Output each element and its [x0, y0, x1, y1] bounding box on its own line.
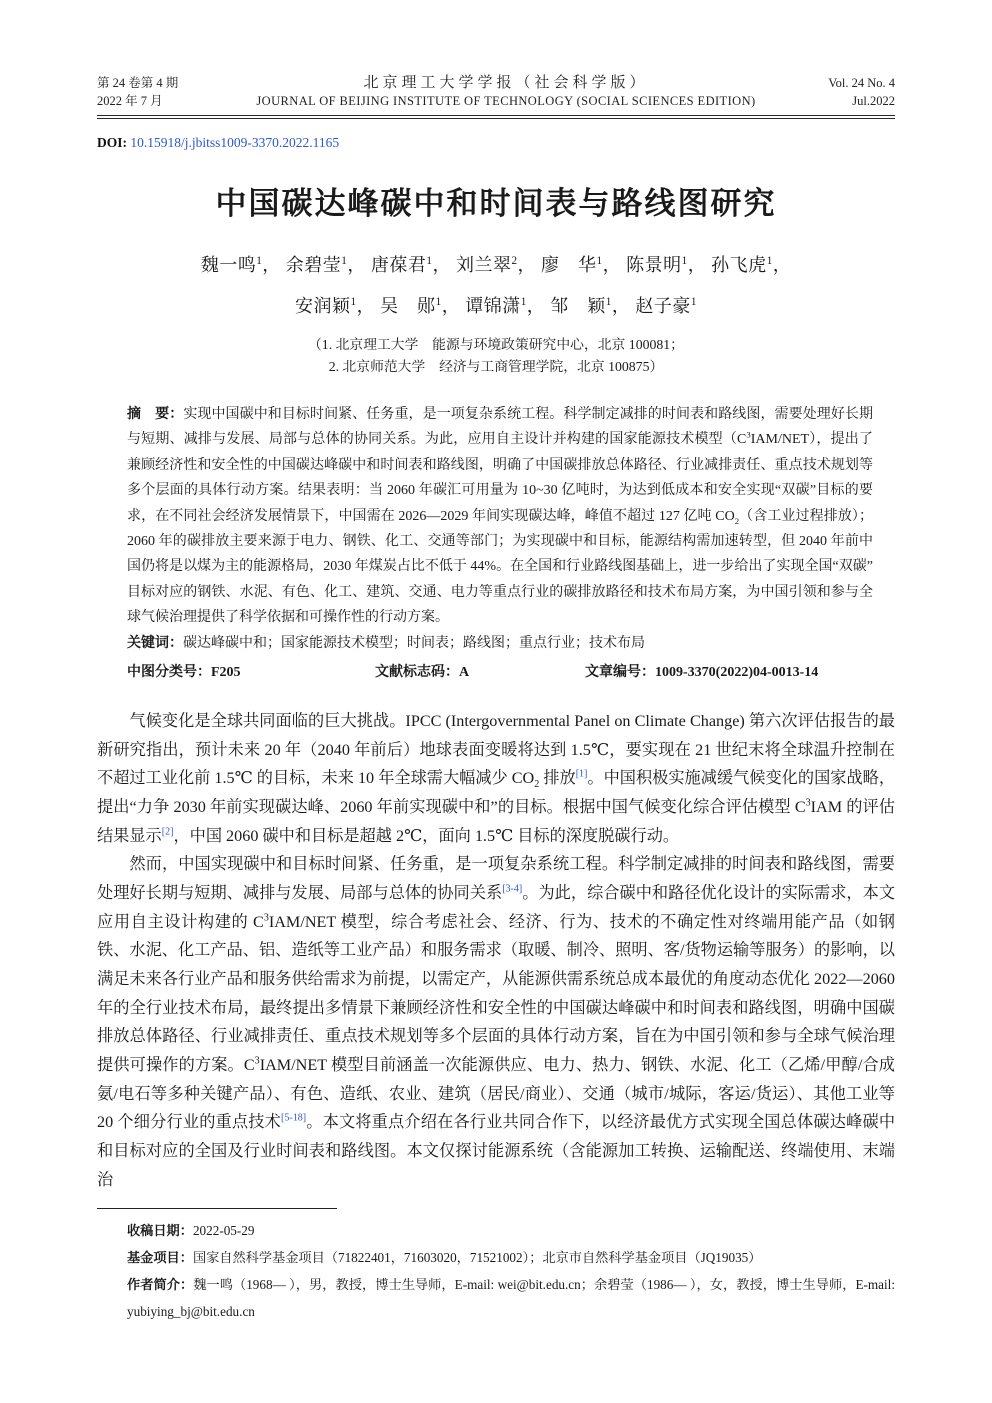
issue-number-cn: 第 24 卷第 4 期	[97, 74, 227, 92]
text-run: 魏一鸣	[201, 255, 257, 275]
footnotes-block: 收稿日期：2022-05-29 基金项目：国家自然科学基金项目（71822401…	[97, 1217, 895, 1325]
affiliations-block: （1. 北京理工大学 能源与环境政策研究中心，北京 100081； 2. 北京师…	[97, 334, 895, 378]
keywords-line: 关键词：碳达峰碳中和；国家能源技术模型；时间表；路线图；重点行业；技术布局	[127, 631, 873, 656]
document-code: 文献标志码：A	[375, 659, 585, 687]
document-code-label: 文献标志码：	[375, 665, 459, 680]
article-body: 气候变化是全球共同面临的巨大挑战。IPCC (Intergovernmental…	[97, 707, 895, 1194]
keywords-label: 关键词：	[127, 636, 183, 651]
text-run: ， 孙飞虎	[688, 255, 767, 275]
authors-block: 魏一鸣1， 余碧莹1， 唐葆君1， 刘兰翠2， 廖 华1， 陈景明1， 孙飞虎1…	[97, 248, 895, 324]
text-run: 安润颖	[295, 296, 351, 316]
article-id-value: 1009-3370(2022)04-0013-14	[655, 665, 818, 680]
text-run: ， 廖 华	[518, 255, 597, 275]
clc-number: 中图分类号：F205	[127, 659, 375, 687]
clc-label: 中图分类号：	[127, 665, 211, 680]
volume-number-en: Vol. 24 No. 4	[785, 74, 895, 92]
received-date-value: 2022-05-29	[193, 1223, 255, 1238]
affiliation-line-1: （1. 北京理工大学 能源与环境政策研究中心，北京 100081；	[97, 334, 895, 356]
journal-masthead: 第 24 卷第 4 期 2022 年 7 月 北京理工大学学报（社会科学版） J…	[97, 74, 895, 110]
citation-link[interactable]: [5-18]	[281, 1113, 306, 1124]
author-bio-line: 作者简介：魏一鸣（1968— ），男，教授，博士生导师，E-mail: wei@…	[127, 1271, 895, 1325]
abstract-paragraph: 摘 要：实现中国碳中和目标时间紧、任务重，是一项复杂系统工程。科学制定减排的时间…	[127, 402, 873, 631]
doi-line: DOI: 10.15918/j.jbitss1009-3370.2022.116…	[97, 134, 895, 152]
text-run: ， 唐葆君	[347, 255, 426, 275]
issue-date-cn: 2022 年 7 月	[97, 92, 227, 110]
masthead-journal-block: 北京理工大学学报（社会科学版） JOURNAL OF BEIJING INSTI…	[227, 74, 785, 110]
abstract-section: 摘 要：实现中国碳中和目标时间紧、任务重，是一项复杂系统工程。科学制定减排的时间…	[97, 402, 895, 687]
doi-label: DOI:	[97, 135, 130, 150]
funding-label: 基金项目：	[127, 1250, 193, 1265]
document-code-value: A	[459, 665, 469, 680]
text-run: IAM/NET 模型，综合考虑社会、经济、行为、技术的不确定性对终端用能产品（如…	[97, 913, 895, 1074]
received-date-label: 收稿日期：	[127, 1223, 193, 1238]
article-id-label: 文章编号：	[585, 665, 655, 680]
received-date-line: 收稿日期：2022-05-29	[127, 1217, 895, 1244]
text-run: ， 谭锦潇	[442, 296, 521, 316]
author-bio-label: 作者简介：	[127, 1277, 193, 1292]
text-run: ， 吴 郧	[357, 296, 436, 316]
journal-first-page: 第 24 卷第 4 期 2022 年 7 月 北京理工大学学报（社会科学版） J…	[0, 0, 992, 1403]
text-run: ， 赵子豪	[612, 296, 691, 316]
authors-line-1: 魏一鸣1， 余碧莹1， 唐葆君1， 刘兰翠2， 廖 华1， 陈景明1， 孙飞虎1…	[97, 248, 895, 283]
abstract-text: 实现中国碳中和目标时间紧、任务重，是一项复杂系统工程。科学制定减排的时间表和路线…	[127, 407, 873, 625]
citation-link[interactable]: [1]	[576, 769, 588, 780]
header-divider	[97, 115, 895, 119]
text-run: ， 刘兰翠	[432, 255, 511, 275]
funding-line: 基金项目：国家自然科学基金项目（71822401，71603020，715210…	[127, 1244, 895, 1271]
classification-row: 中图分类号：F205 文献标志码：A 文章编号：1009-3370(2022)0…	[127, 659, 873, 687]
footnote-divider	[97, 1208, 337, 1209]
text-run: 1	[691, 296, 697, 308]
authors-line-2: 安润颖1， 吴 郧1， 谭锦潇1， 邹 颖1， 赵子豪1	[97, 289, 895, 324]
text-run: 排放	[539, 769, 575, 787]
masthead-volume-block: Vol. 24 No. 4 Jul.2022	[785, 74, 895, 110]
article-id: 文章编号：1009-3370(2022)04-0013-14	[585, 659, 873, 687]
journal-name-cn: 北京理工大学学报（社会科学版）	[227, 74, 785, 92]
keywords-text: 碳达峰碳中和；国家能源技术模型；时间表；路线图；重点行业；技术布局	[183, 636, 645, 651]
body-paragraph-2: 然而，中国实现碳中和目标时间紧、任务重，是一项复杂系统工程。科学制定减排的时间表…	[97, 850, 895, 1194]
journal-name-en: JOURNAL OF BEIJING INSTITUTE OF TECHNOLO…	[227, 92, 785, 110]
text-run: ， 陈景明	[603, 255, 682, 275]
text-run: ， 邹 颖	[527, 296, 606, 316]
clc-value: F205	[211, 665, 241, 680]
body-paragraph-1: 气候变化是全球共同面临的巨大挑战。IPCC (Intergovernmental…	[97, 707, 895, 850]
text-run: （含工业过程排放）；2060 年的碳排放主要来源于电力、钢铁、化工、交通等部门；…	[127, 509, 873, 626]
masthead-issue-block: 第 24 卷第 4 期 2022 年 7 月	[97, 74, 227, 110]
text-run: ， 余碧莹	[262, 255, 341, 275]
affiliation-line-2: 2. 北京师范大学 经济与工商管理学院，北京 100875）	[97, 356, 895, 378]
author-bio-text: 魏一鸣（1968— ），男，教授，博士生导师，E-mail: wei@bit.e…	[127, 1277, 895, 1319]
citation-link[interactable]: [3-4]	[502, 884, 522, 895]
issue-date-en: Jul.2022	[785, 92, 895, 110]
paper-title: 中国碳达峰碳中和时间表与路线图研究	[97, 182, 895, 226]
citation-link[interactable]: [2]	[162, 826, 174, 837]
text-run: ，	[773, 255, 792, 275]
funding-text: 国家自然科学基金项目（71822401，71603020，71521002）；北…	[193, 1250, 762, 1265]
abstract-label: 摘 要：	[127, 407, 183, 422]
doi-link[interactable]: 10.15918/j.jbitss1009-3370.2022.1165	[130, 135, 339, 150]
text-run: ，中国 2060 碳中和目标是超越 2℃，面向 1.5℃ 目标的深度脱碳行动。	[173, 827, 679, 845]
